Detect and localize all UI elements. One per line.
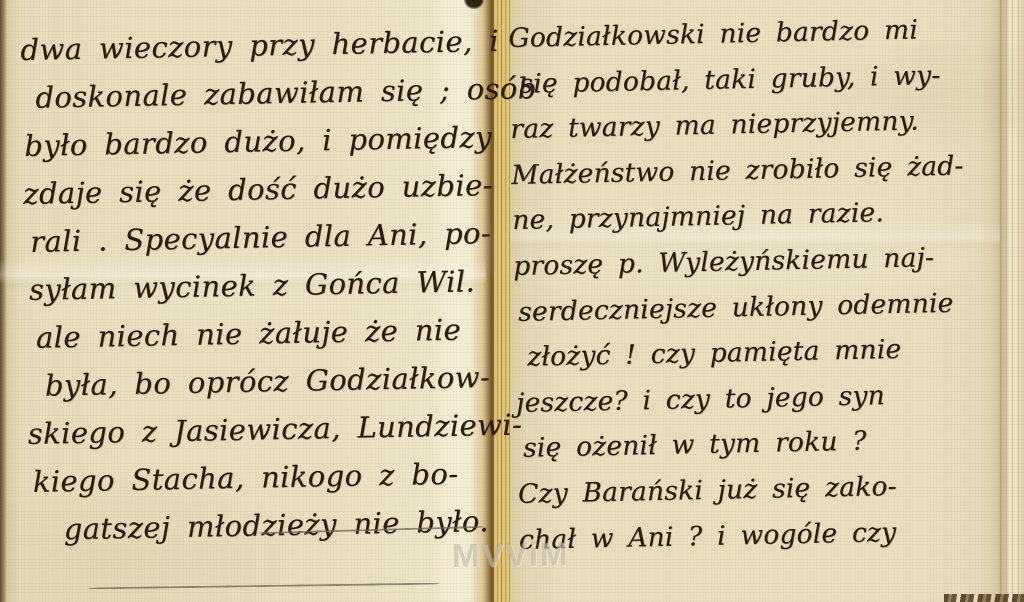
handwritten-line: była, bo oprócz Godziałkow-	[44, 353, 493, 410]
letter-page-right: Godziałkowski nie bardzo mi się podobał,…	[508, 6, 1017, 563]
pencil-underline	[88, 583, 440, 590]
handwritten-line: gatszej młodzieży nie było.	[63, 497, 496, 553]
handwritten-line: doskonale zabawiłam się ; osób	[35, 65, 488, 122]
handwritten-line: rali . Specyalnie dla Ani, po-	[30, 209, 491, 266]
letter-page-left: dwa wieczory przy herbacie, i doskonale …	[20, 17, 496, 554]
letter-spread-scan: dwa wieczory przy herbacie, i doskonale …	[0, 0, 1024, 602]
bottom-right-page-stack-marks	[944, 594, 1024, 602]
gutter-top-notch	[464, 0, 484, 9]
handwritten-line: ale niech nie żałuje że nie	[36, 305, 493, 362]
handwritten-line: chał w Ani ? i wogóle czy	[519, 507, 1018, 563]
